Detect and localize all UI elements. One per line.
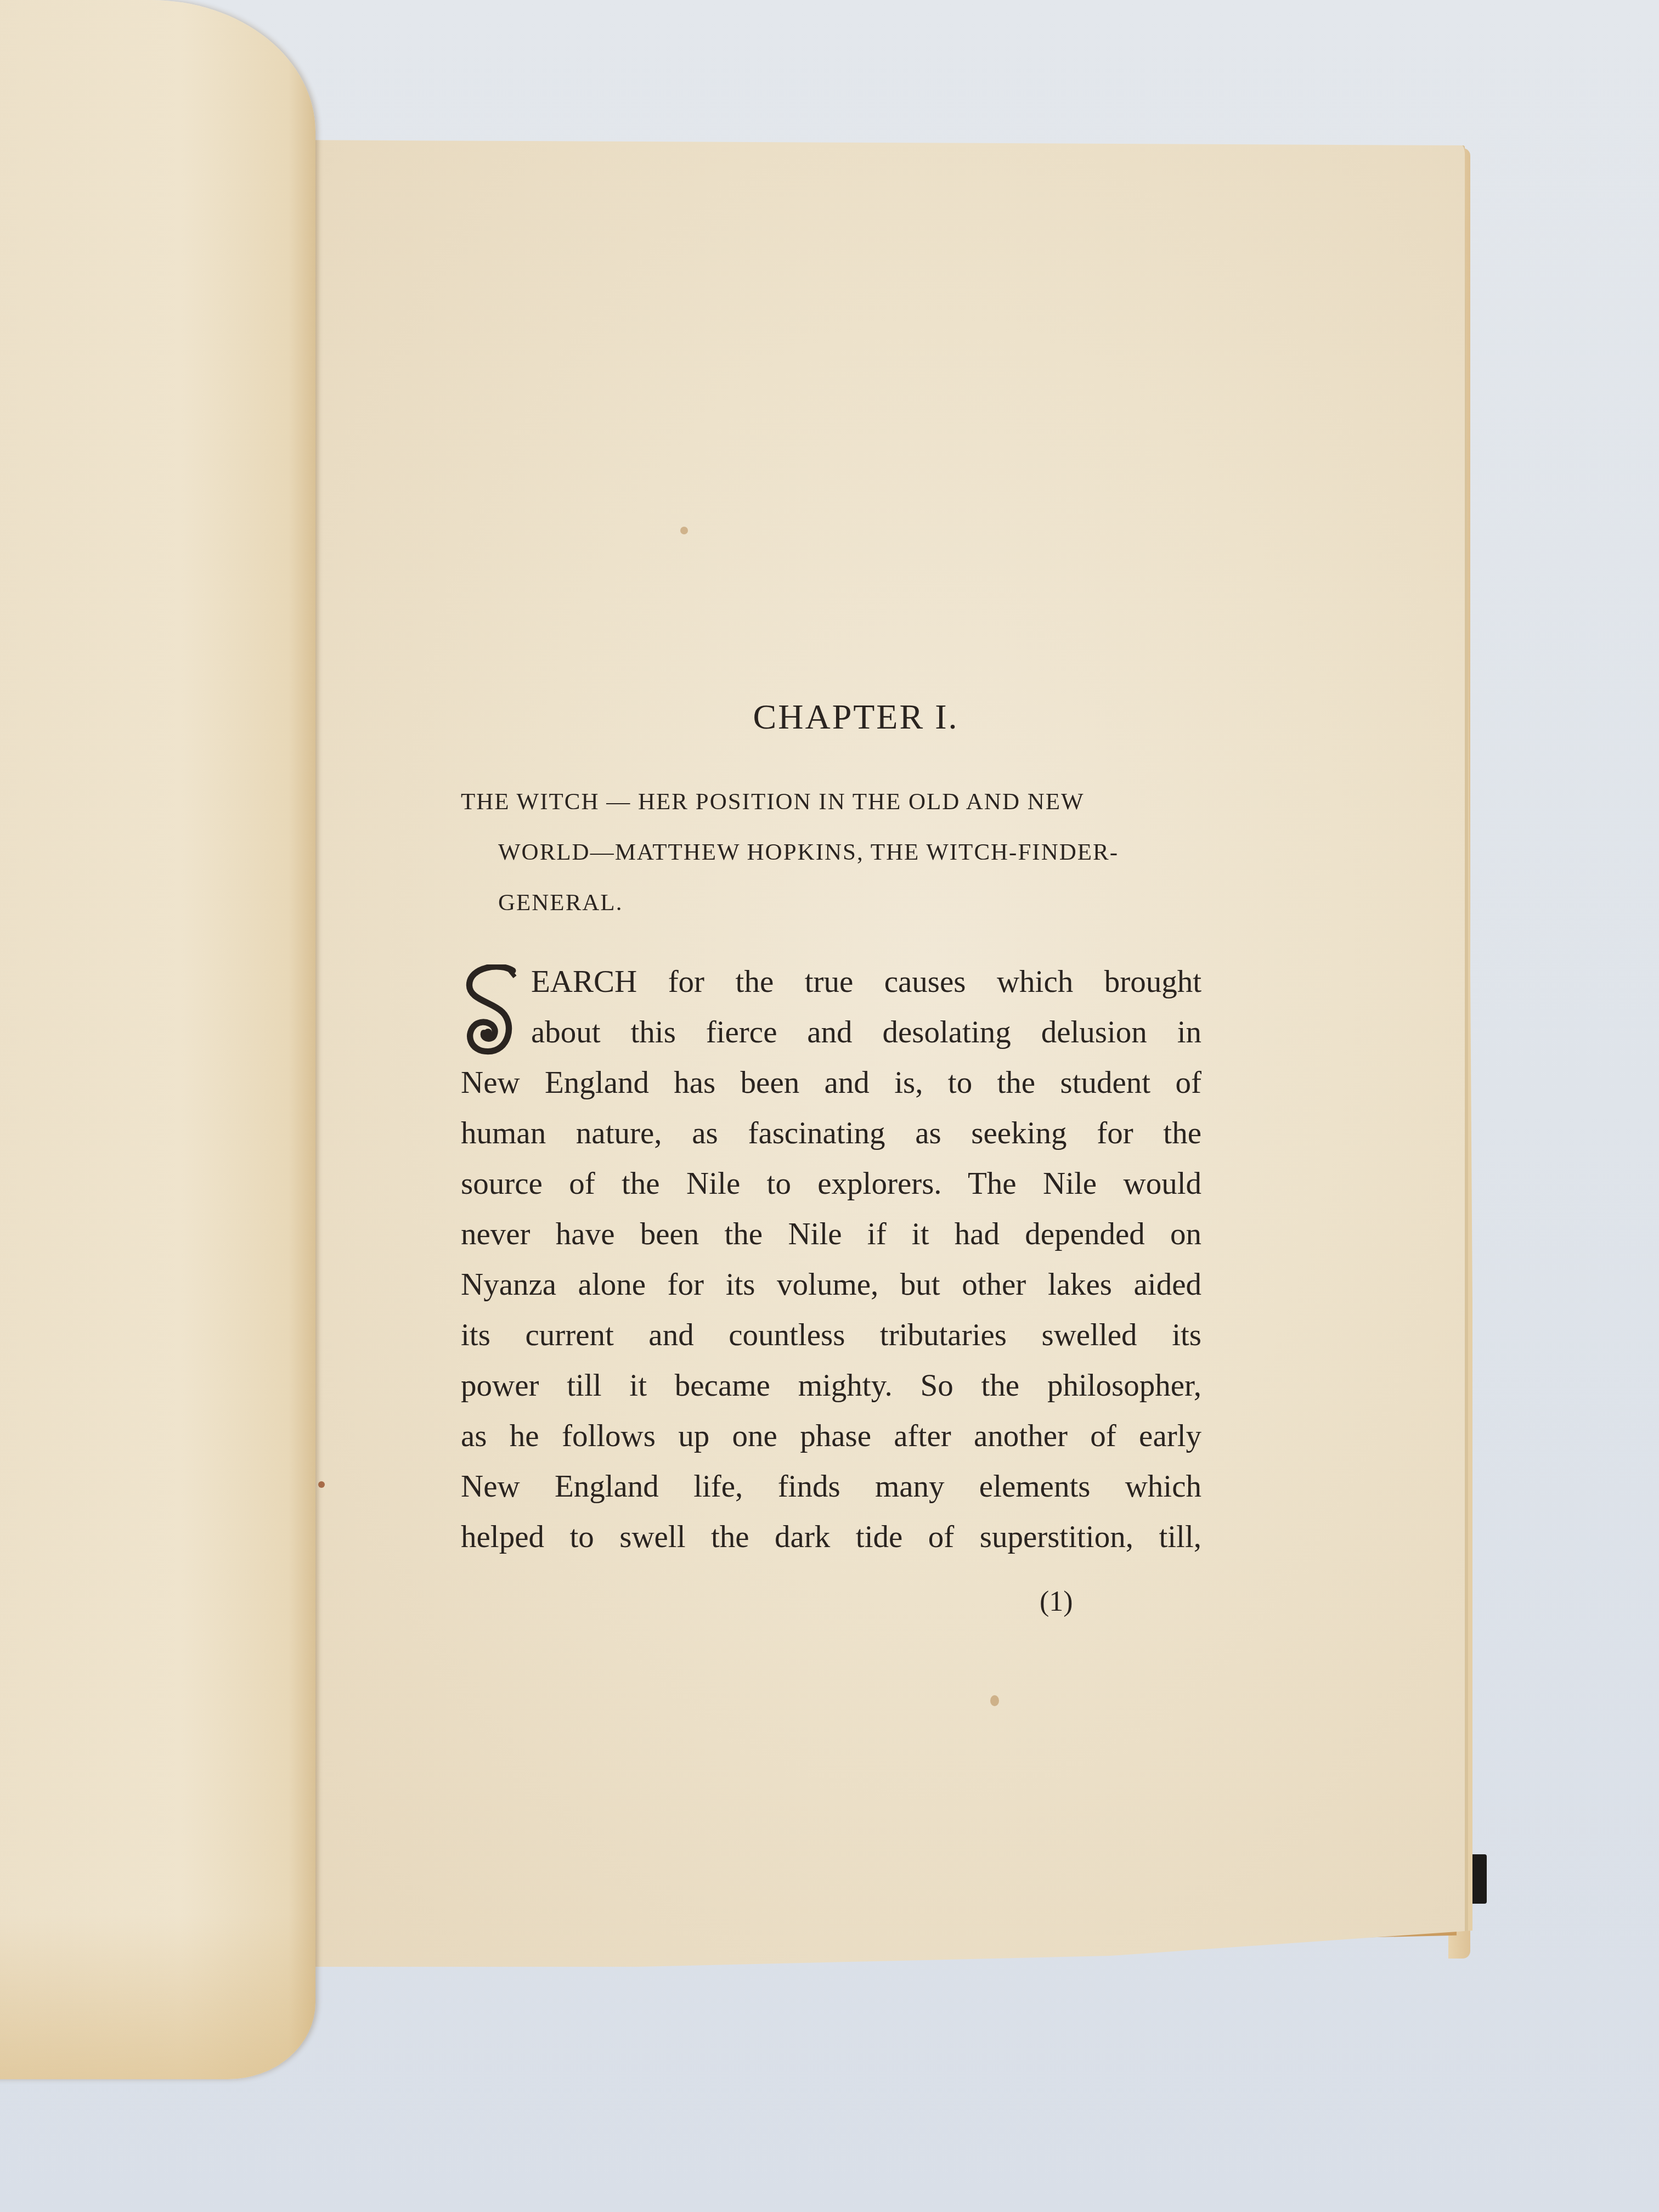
left-page xyxy=(0,0,315,2079)
body-line: EARCH for the true causes which brought xyxy=(461,957,1201,1007)
drop-cap-s-ornament-icon xyxy=(460,964,524,1058)
body-line: power till it became mighty. So the phil… xyxy=(461,1361,1201,1411)
foxing-spot xyxy=(318,1481,325,1488)
body-line: source of the Nile to explorers. The Nil… xyxy=(461,1159,1201,1209)
page-number: (1) xyxy=(1040,1585,1073,1618)
synopsis-line: WORLD—MATTHEW HOPKINS, THE WITCH-FINDER- xyxy=(461,827,1201,878)
body-line: human nature, as fascinating as seeking … xyxy=(461,1108,1201,1159)
photo-scene: CHAPTER I. THE WITCH — HER POSITION IN T… xyxy=(0,0,1659,2212)
body-line: Nyanza alone for its volume, but other l… xyxy=(461,1260,1201,1310)
synopsis-line: GENERAL. xyxy=(461,878,1201,928)
body-line: never have been the Nile if it had depen… xyxy=(461,1209,1201,1260)
body-line: about this fierce and desolating delusio… xyxy=(461,1007,1201,1058)
chapter-title: CHAPTER I. xyxy=(510,697,1201,737)
body-line: New England has been and is, to the stud… xyxy=(461,1058,1201,1108)
body-line: helped to swell the dark tide of superst… xyxy=(461,1512,1201,1562)
chapter-synopsis: THE WITCH — HER POSITION IN THE OLD AND … xyxy=(461,777,1201,928)
foxing-spot xyxy=(990,1695,999,1706)
body-line: as he follows up one phase after another… xyxy=(461,1411,1201,1462)
body-line: its current and countless tributaries sw… xyxy=(461,1310,1201,1361)
body-line: New England life, finds many elements wh… xyxy=(461,1462,1201,1512)
foxing-spot xyxy=(680,527,688,534)
synopsis-line: THE WITCH — HER POSITION IN THE OLD AND … xyxy=(461,777,1201,827)
body-paragraph: EARCH for the true causes which brought … xyxy=(461,957,1201,1562)
page-text-block: CHAPTER I. THE WITCH — HER POSITION IN T… xyxy=(461,697,1201,1562)
